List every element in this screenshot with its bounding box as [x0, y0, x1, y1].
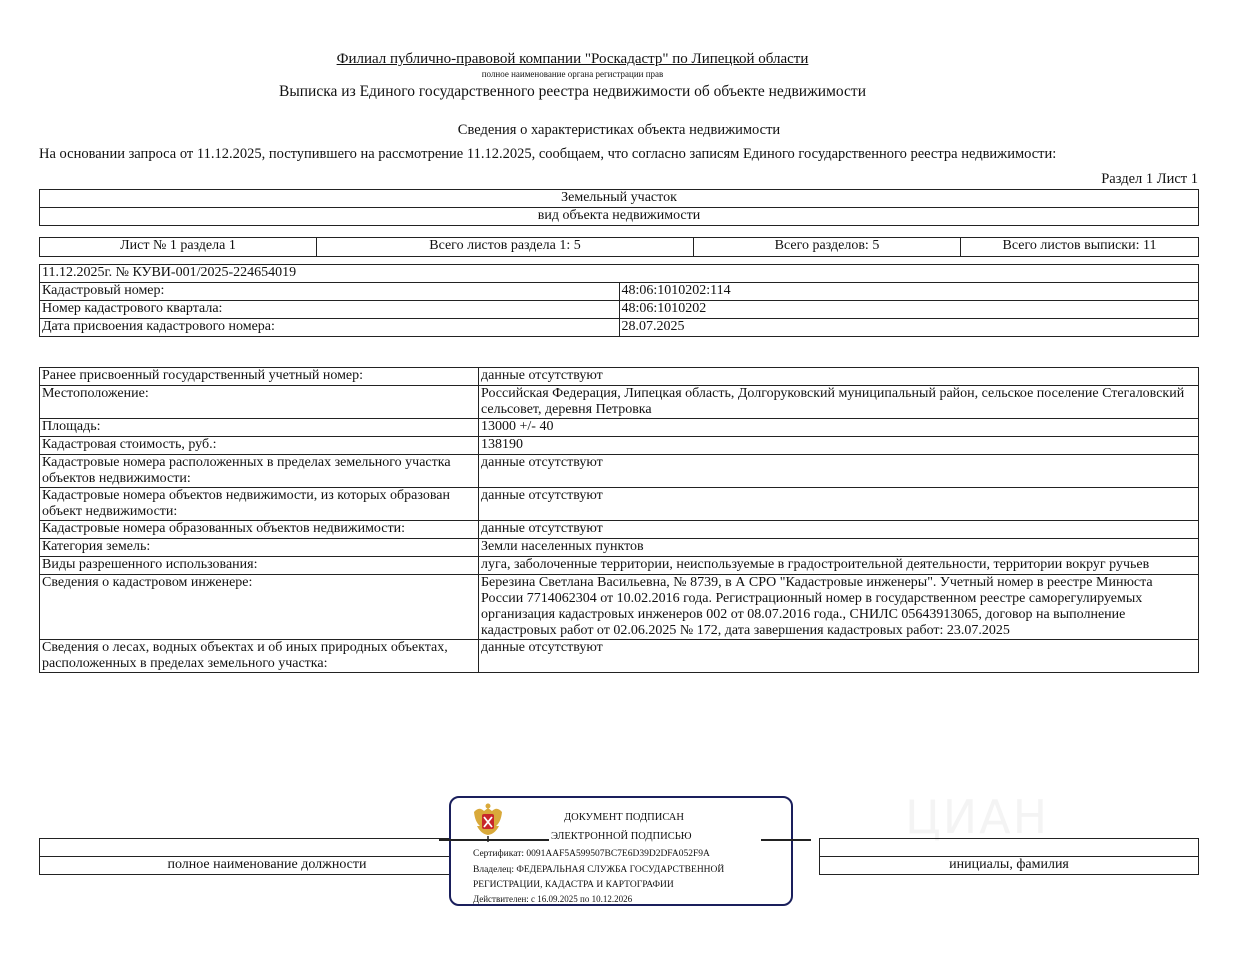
row-value: 28.07.2025 — [619, 319, 1199, 337]
row-value: Березина Светлана Васильевна, № 8739, в … — [479, 575, 1199, 640]
section-sheets-total: Всего листов раздела 1: 5 — [317, 238, 694, 257]
table-row: Виды разрешенного использования: луга, з… — [40, 557, 1199, 575]
stamp-certificate: Сертификат: 0091AAF5A599507BC7E6D39D2DFA… — [473, 849, 710, 859]
table-row: Кадастровая стоимость, руб.: 138190 — [40, 437, 1199, 455]
row-value: 48:06:1010202:114 — [619, 283, 1199, 301]
row-label: Ранее присвоенный государственный учетны… — [40, 368, 479, 386]
sheets-table: Лист № 1 раздела 1 Всего листов раздела … — [39, 237, 1199, 257]
table-row: Площадь: 13000 +/- 40 — [40, 419, 1199, 437]
stamp-owner-continued: РЕГИСТРАЦИИ, КАДАСТРА И КАРТОГРАФИИ — [473, 880, 674, 890]
stamp-title: ДОКУМЕНТ ПОДПИСАН — [564, 812, 684, 823]
row-label: Сведения о лесах, водных объектах и об и… — [40, 640, 479, 673]
row-label: Кадастровые номера образованных объектов… — [40, 521, 479, 539]
section-title: Сведения о характеристиках объекта недви… — [0, 122, 1238, 139]
stamp-rule — [439, 839, 549, 841]
organization-caption: полное наименование органа регистрации п… — [0, 69, 1145, 79]
sheet-reference: Раздел 1 Лист 1 — [1101, 171, 1198, 188]
stamp-owner: Владелец: ФЕДЕРАЛЬНАЯ СЛУЖБА ГОСУДАРСТВЕ… — [473, 865, 724, 875]
row-value: 48:06:1010202 — [619, 301, 1199, 319]
stamp-rule — [761, 839, 811, 841]
row-label: Кадастровые номера расположенных в преде… — [40, 455, 479, 488]
row-label: Сведения о кадастровом инженере: — [40, 575, 479, 640]
row-label: Кадастровая стоимость, руб.: — [40, 437, 479, 455]
row-label: Виды разрешенного использования: — [40, 557, 479, 575]
name-field — [820, 839, 1199, 857]
extract-sheets-total: Всего листов выписки: 11 — [961, 238, 1199, 257]
row-label: Местоположение: — [40, 386, 479, 419]
request-line: 11.12.2025г. № КУВИ-001/2025-224654019 — [40, 265, 1199, 283]
sheet-number: Лист № 1 раздела 1 — [40, 238, 317, 257]
row-value: данные отсутствуют — [479, 368, 1199, 386]
document-title: Выписка из Единого государственного реес… — [0, 83, 1145, 101]
properties-table: Ранее присвоенный государственный учетны… — [39, 367, 1199, 673]
row-label: Кадастровые номера объектов недвижимости… — [40, 488, 479, 521]
intro-text: На основании запроса от 11.12.2025, пост… — [39, 146, 1056, 163]
table-row: Кадастровые номера образованных объектов… — [40, 521, 1199, 539]
row-label: Номер кадастрового квартала: — [40, 301, 620, 319]
stamp-subtitle: ЭЛЕКТРОННОЙ ПОДПИСЬЮ — [551, 831, 692, 842]
sections-total: Всего разделов: 5 — [694, 238, 961, 257]
table-row: Кадастровый номер: 48:06:1010202:114 — [40, 283, 1199, 301]
russian-coat-of-arms-icon — [471, 802, 505, 842]
table-row: Кадастровые номера расположенных в преде… — [40, 455, 1199, 488]
table-row: Номер кадастрового квартала: 48:06:10102… — [40, 301, 1199, 319]
position-field — [40, 839, 495, 857]
row-value: Земли населенных пунктов — [479, 539, 1199, 557]
row-value: Российская Федерация, Липецкая область, … — [479, 386, 1199, 419]
object-kind-table: Земельный участок вид объекта недвижимос… — [39, 189, 1199, 226]
table-row: Сведения о лесах, водных объектах и об и… — [40, 640, 1199, 673]
stamp-validity: Действителен: с 16.09.2025 по 10.12.2026 — [473, 894, 632, 904]
row-value: луга, заболоченные территории, неиспольз… — [479, 557, 1199, 575]
row-value: данные отсутствуют — [479, 488, 1199, 521]
row-value: 138190 — [479, 437, 1199, 455]
object-kind-value: Земельный участок — [40, 190, 1199, 208]
row-label: Категория земель: — [40, 539, 479, 557]
table-row: Сведения о кадастровом инженере: Березин… — [40, 575, 1199, 640]
row-value: данные отсутствуют — [479, 455, 1199, 488]
table-row: Дата присвоения кадастрового номера: 28.… — [40, 319, 1199, 337]
row-label: Кадастровый номер: — [40, 283, 620, 301]
row-label: Дата присвоения кадастрового номера: — [40, 319, 620, 337]
table-row: Категория земель: Земли населенных пункт… — [40, 539, 1199, 557]
table-row: Местоположение: Российская Федерация, Ли… — [40, 386, 1199, 419]
row-value: данные отсутствуют — [479, 521, 1199, 539]
organization-name: Филиал публично-правовой компании "Роска… — [0, 51, 1145, 68]
watermark-logo: ЦИАН — [905, 790, 1049, 844]
object-kind-caption: вид объекта недвижимости — [40, 208, 1199, 226]
name-caption: инициалы, фамилия — [820, 857, 1199, 875]
row-label: Площадь: — [40, 419, 479, 437]
position-caption: полное наименование должности — [40, 857, 495, 875]
table-row: Кадастровые номера объектов недвижимости… — [40, 488, 1199, 521]
row-value: данные отсутствуют — [479, 640, 1199, 673]
cadastral-table: 11.12.2025г. № КУВИ-001/2025-224654019 К… — [39, 264, 1199, 337]
table-row: Ранее присвоенный государственный учетны… — [40, 368, 1199, 386]
electronic-signature-stamp: ДОКУМЕНТ ПОДПИСАН ЭЛЕКТРОННОЙ ПОДПИСЬЮ С… — [449, 796, 793, 906]
row-value: 13000 +/- 40 — [479, 419, 1199, 437]
